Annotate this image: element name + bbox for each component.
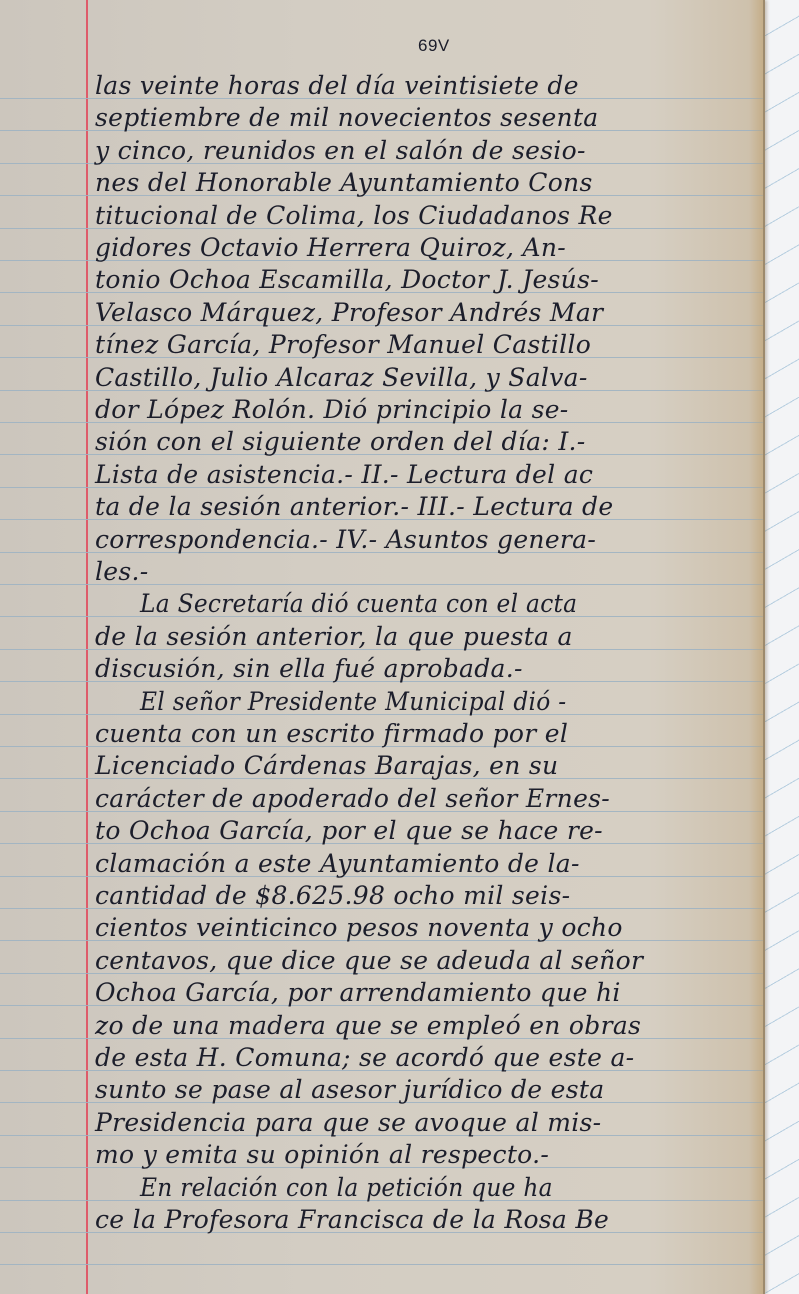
text-line: de la sesión anterior, la que puesta a	[95, 622, 760, 652]
text-line: En relación con la petición que ha	[140, 1173, 760, 1203]
text-line: tonio Ochoa Escamilla, Doctor J. Jesús-	[95, 265, 760, 295]
text-line: cantidad de $8.625.98 ocho mil seis-	[95, 881, 760, 911]
text-line: titucional de Colima, los Ciudadanos Re	[95, 201, 760, 231]
text-line: discusión, sin ella fué aprobada.-	[95, 654, 760, 684]
text-line: mo y emita su opinión al respecto.-	[95, 1140, 760, 1170]
text-line: sión con el siguiente orden del día: I.-	[95, 427, 760, 457]
text-line: centavos, que dice que se adeuda al seño…	[95, 946, 760, 976]
text-line: Lista de asistencia.- II.- Lectura del a…	[95, 460, 760, 490]
text-line: gidores Octavio Herrera Quiroz, An-	[95, 233, 760, 263]
text-line: las veinte horas del día veintisiete de	[95, 71, 760, 101]
text-line: Ochoa García, por arrendamiento que hi	[95, 978, 760, 1008]
text-line: Velasco Márquez, Profesor Andrés Mar	[95, 298, 760, 328]
text-line: cuenta con un escrito firmado por el	[95, 719, 760, 749]
text-line: zo de una madera que se empleó en obras	[95, 1011, 760, 1041]
text-line: les.-	[95, 557, 760, 587]
text-line: clamación a este Ayuntamiento de la-	[95, 849, 760, 879]
text-line: dor López Rolón. Dió principio la se-	[95, 395, 760, 425]
document-page: 69V las veinte horas del día veintisiete…	[0, 0, 763, 1294]
text-line: to Ochoa García, por el que se hace re-	[95, 816, 760, 846]
text-line: ce la Profesora Francisca de la Rosa Be	[95, 1205, 760, 1235]
text-line: cientos veinticinco pesos noventa y ocho	[95, 913, 760, 943]
text-line: Castillo, Julio Alcaraz Sevilla, y Salva…	[95, 363, 760, 393]
text-line: y cinco, reunidos en el salón de sesio-	[95, 136, 760, 166]
text-line: tínez García, Profesor Manuel Castillo	[95, 330, 760, 360]
text-line: septiembre de mil novecientos sesenta	[95, 103, 760, 133]
text-line: correspondencia.- IV.- Asuntos genera-	[95, 525, 760, 555]
ruled-line	[0, 1264, 763, 1265]
text-line: Licenciado Cárdenas Barajas, en su	[95, 751, 760, 781]
text-line: El señor Presidente Municipal dió -	[140, 687, 760, 717]
text-line: carácter de apoderado del señor Ernes-	[95, 784, 760, 814]
text-line: nes del Honorable Ayuntamiento Cons	[95, 168, 760, 198]
text-line: La Secretaría dió cuenta con el acta	[140, 589, 760, 619]
text-line: ta de la sesión anterior.- III.- Lectura…	[95, 492, 760, 522]
text-line: Presidencia para que se avoque al mis-	[95, 1108, 760, 1138]
text-line: de esta H. Comuna; se acordó que este a-	[95, 1043, 760, 1073]
page-number: 69V	[418, 36, 450, 56]
text-line: sunto se pase al asesor jurídico de esta	[95, 1075, 760, 1105]
